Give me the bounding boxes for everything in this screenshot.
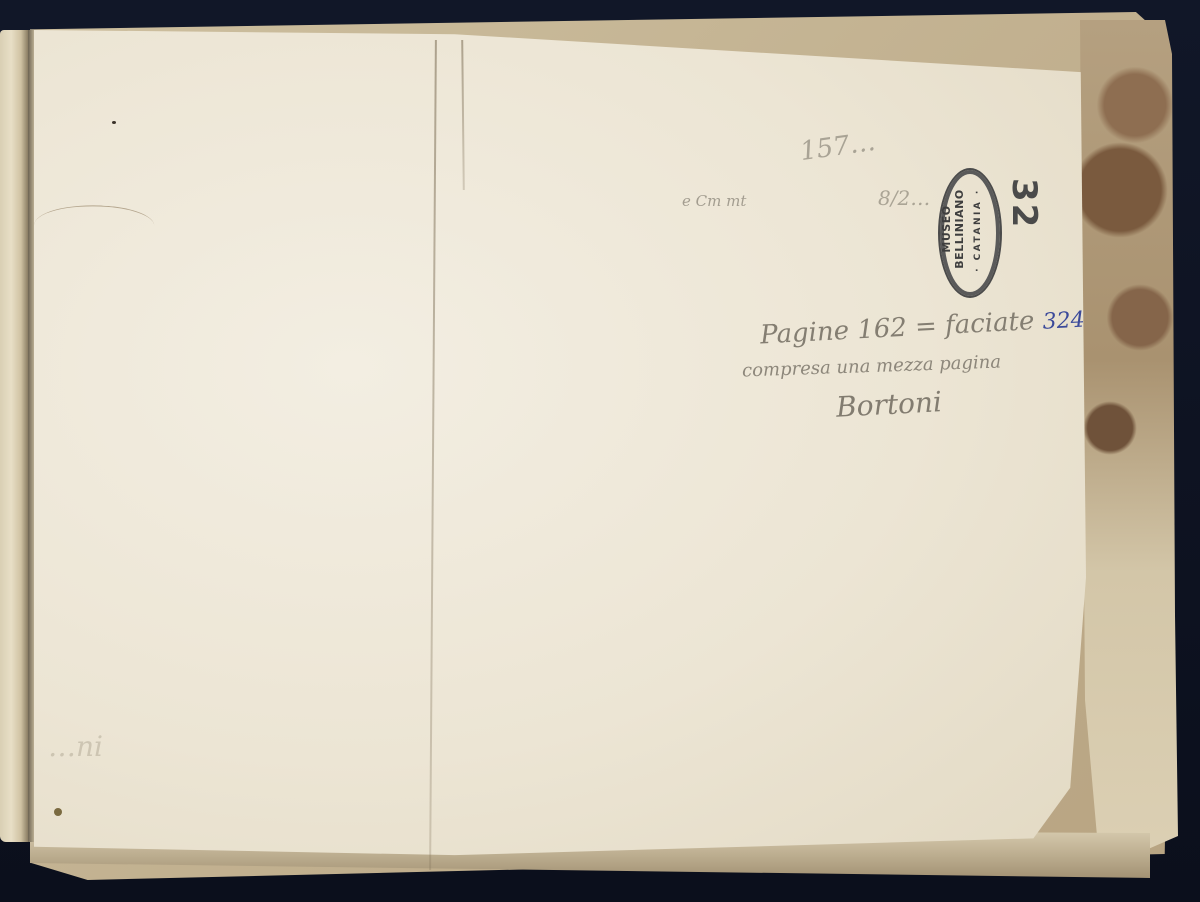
cover-board-right-edge	[1080, 20, 1180, 870]
pencil-note-faint-left: e Cm mt	[682, 192, 746, 210]
ink-spot	[112, 121, 116, 124]
stamp-museum-name: MUSEO BELLINIANO	[940, 166, 966, 292]
pencil-signature: Bortoni	[835, 385, 943, 423]
show-through-text: …ni	[48, 730, 103, 763]
book-spine	[0, 30, 28, 842]
pages-count-blue: 324	[1042, 308, 1085, 335]
stain-spot	[54, 808, 62, 816]
stamp-city: · CATANIA ·	[973, 175, 983, 285]
inventory-number: 32	[1004, 178, 1044, 229]
pencil-note-faint-right: 8/2…	[878, 186, 930, 210]
paper-sheet	[34, 30, 1086, 872]
